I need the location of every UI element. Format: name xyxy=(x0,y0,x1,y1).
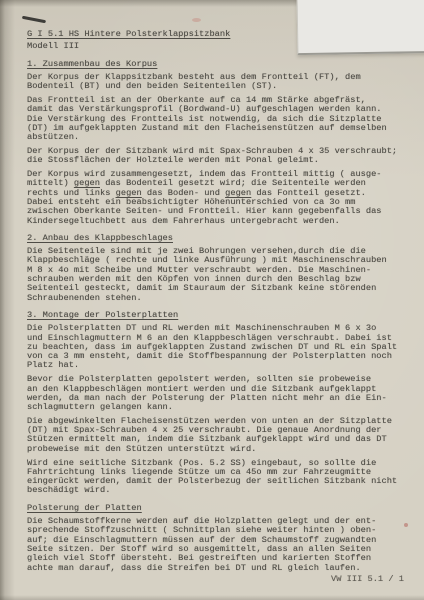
section-4-heading: Polsterung der Platten xyxy=(27,504,408,513)
section-2-heading: 2. Anbau des Klappbeschlages xyxy=(27,234,408,243)
section-3-paragraph-3: Die abgewinkelten Flacheisenstützen werd… xyxy=(27,417,408,454)
section-1-paragraph-2: Das Frontteil ist an der Oberkante auf c… xyxy=(27,96,408,142)
section-3-paragraph-2: Bevor die Polsterplatten gepolstert werd… xyxy=(27,375,408,412)
section-1-heading: 1. Zusammenbau des Korpus xyxy=(27,60,408,69)
section-2-paragraph-1: Die Seitenteile sind mit je zwei Bohrung… xyxy=(27,247,408,303)
section-1-paragraph-4: Der Korpus wird zusammengesetzt, indem d… xyxy=(27,170,408,226)
model-label: Modell III xyxy=(27,42,408,51)
scanned-page: G I 5.1 HS Hintere Polsterklappsitzbank … xyxy=(0,0,424,600)
section-3-heading: 3. Montage der Polsterplatten xyxy=(27,311,408,320)
section-4-paragraph-1: Die Schaumstoffkerne werden auf die Holz… xyxy=(27,517,408,573)
pen-stroke-mark xyxy=(22,16,46,23)
scan-shadow-bottom xyxy=(0,595,424,600)
section-1-paragraph-1: Der Korpus der Klappsitzbank besteht aus… xyxy=(27,73,408,92)
document-content: G I 5.1 HS Hintere Polsterklappsitzbank … xyxy=(27,30,408,577)
ink-speck xyxy=(192,18,201,22)
page-title: G I 5.1 HS Hintere Polsterklappsitzbank xyxy=(27,30,408,39)
section-1-paragraph-3: Der Korpus der der Sitzbank wird mit Spa… xyxy=(27,147,408,166)
section-3-paragraph-4: Wird eine seitliche Sitzbank (Pos. 5.2 S… xyxy=(27,459,408,496)
scan-shadow-left xyxy=(0,0,16,600)
section-3-paragraph-1: Die Polsterplatten DT und RL werden mit … xyxy=(27,324,408,370)
page-number: VW III 5.1 / 1 xyxy=(331,574,404,584)
